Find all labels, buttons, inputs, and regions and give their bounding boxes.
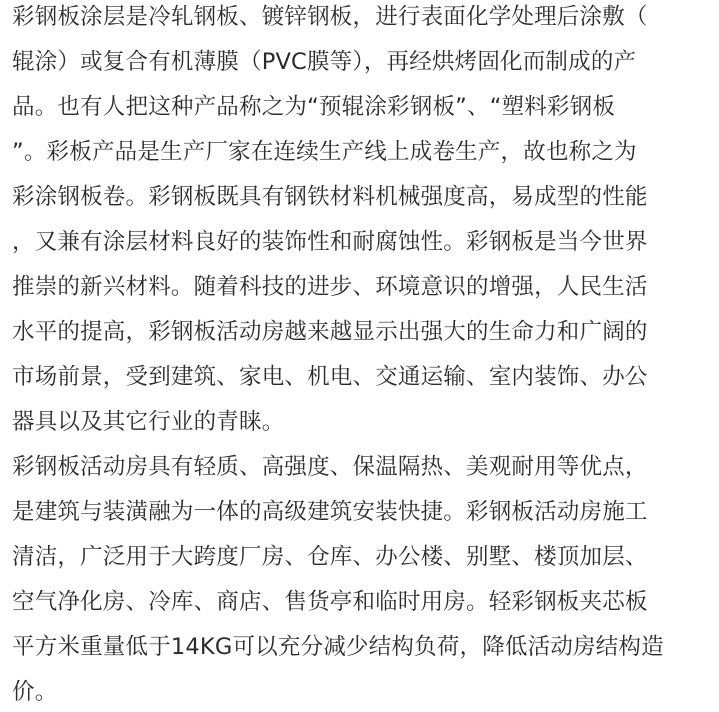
paragraph-intro: 彩钢板涂层是冷轧钢板、镀锌钢板，进行表面化学处理后涂敷（ 辊涂）或复合有机薄膜（… — [12, 0, 712, 445]
text-line: 水平的提高，彩钢板活动房越来越显示出强大的生命力和广阔的 — [12, 310, 712, 355]
text-line: 辊涂）或复合有机薄膜（PVC膜等），再经烘烤固化而制成的产 — [12, 40, 712, 85]
text-line: 是建筑与装潢融为一体的高级建筑安装快捷。彩钢板活动房施工 — [12, 490, 712, 535]
text-line: 价。 — [12, 670, 712, 712]
text-line: 品。也有人把这种产品称之为“预辊涂彩钢板”、“塑料彩钢板 — [12, 85, 712, 130]
article-body: 彩钢板涂层是冷轧钢板、镀锌钢板，进行表面化学处理后涂敷（ 辊涂）或复合有机薄膜（… — [12, 0, 712, 712]
text-line: 彩钢板活动房具有轻质、高强度、保温隔热、美观耐用等优点， — [12, 445, 712, 490]
text-line: 平方米重量低于14KG可以充分减少结构负荷，降低活动房结构造 — [12, 625, 712, 670]
text-line: 推崇的新兴材料。随着科技的进步、环境意识的增强，人民生活 — [12, 265, 712, 310]
text-line: 空气净化房、冷库、商店、售货亭和临时用房。轻彩钢板夹芯板 — [12, 580, 712, 625]
text-line: 器具以及其它行业的青睐。 — [12, 400, 712, 445]
text-line: 清洁，广泛用于大跨度厂房、仓库、办公楼、别墅、楼顶加层、 — [12, 535, 712, 580]
text-line: 彩涂钢板卷。彩钢板既具有钢铁材料机械强度高，易成型的性能 — [12, 175, 712, 220]
text-line: ”。彩板产品是生产厂家在连续生产线上成卷生产，故也称之为 — [12, 130, 712, 175]
text-line: 市场前景，受到建筑、家电、机电、交通运输、室内装饰、办公 — [12, 355, 712, 400]
text-line: 彩钢板涂层是冷轧钢板、镀锌钢板，进行表面化学处理后涂敷（ — [12, 0, 712, 40]
paragraph-advantages: 彩钢板活动房具有轻质、高强度、保温隔热、美观耐用等优点， 是建筑与装潢融为一体的… — [12, 445, 712, 712]
text-line: ，又兼有涂层材料良好的装饰性和耐腐蚀性。彩钢板是当今世界 — [12, 220, 712, 265]
